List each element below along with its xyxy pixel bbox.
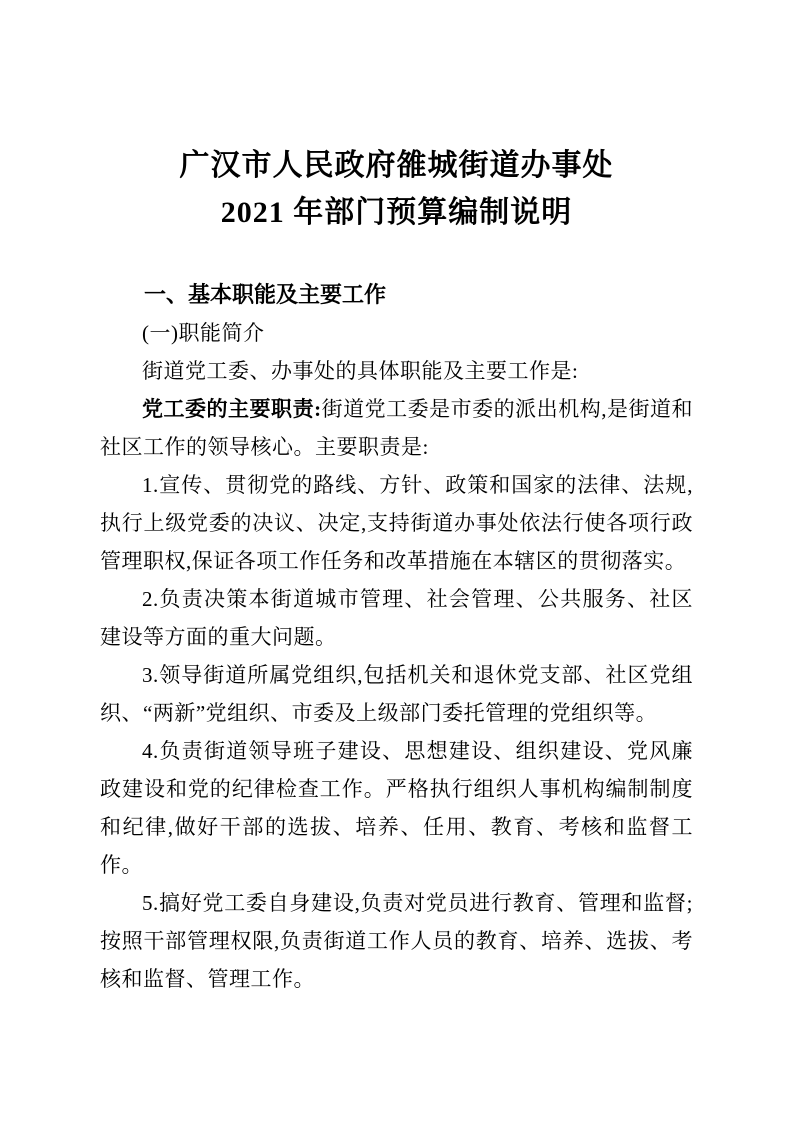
section-basic-functions: 一、基本职能及主要工作 (一)职能简介 街道党工委、办事处的具体职能及主要工作是… <box>100 276 693 998</box>
duty-item-3: 3.领导街道所属党组织,包括机关和退休党支部、社区党组织、“两新”党组织、市委及… <box>100 656 693 732</box>
duty-item-5: 5.搞好党工委自身建设,负责对党员进行教育、管理和监督;按照干部管理权限,负责街… <box>100 884 693 998</box>
document-page: 广汉市人民政府雒城街道办事处 2021 年部门预算编制说明 一、基本职能及主要工… <box>0 0 793 1122</box>
document-title-line2: 2021 年部门预算编制说明 <box>100 189 693 236</box>
intro-paragraph: 街道党工委、办事处的具体职能及主要工作是: <box>100 352 693 390</box>
duty-lead-text: 党工委的主要职责: <box>142 397 322 421</box>
duty-item-1: 1.宣传、贯彻党的路线、方针、政策和国家的法律、法规,执行上级党委的决议、决定,… <box>100 466 693 580</box>
document-body: 广汉市人民政府雒城街道办事处 2021 年部门预算编制说明 一、基本职能及主要工… <box>0 0 793 998</box>
sub-heading-function-intro: (一)职能简介 <box>100 314 693 352</box>
duty-item-4: 4.负责街道领导班子建设、思想建设、组织建设、党风廉政建设和党的纪律检查工作。严… <box>100 732 693 884</box>
duty-item-2: 2.负责决策本街道城市管理、社会管理、公共服务、社区建设等方面的重大问题。 <box>100 580 693 656</box>
duty-paragraph: 党工委的主要职责:街道党工委是市委的派出机构,是街道和社区工作的领导核心。主要职… <box>100 390 693 466</box>
section-heading: 一、基本职能及主要工作 <box>100 276 693 314</box>
document-title-line1: 广汉市人民政府雒城街道办事处 <box>100 142 693 189</box>
document-title: 广汉市人民政府雒城街道办事处 2021 年部门预算编制说明 <box>100 0 693 236</box>
